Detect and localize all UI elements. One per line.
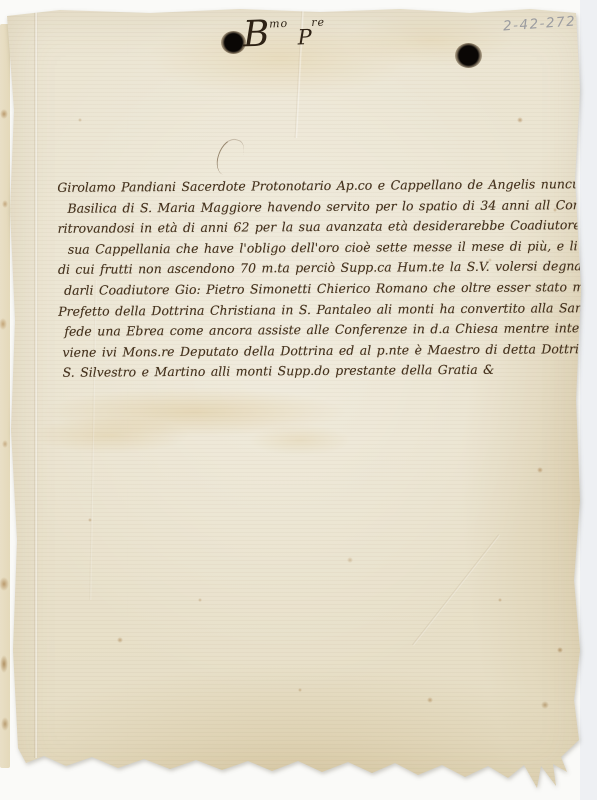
salutation-initial-b: B: [242, 14, 270, 56]
manuscript-sheet: 2-42-272 BmoPre Girolamo Pandiani Sacerd…: [0, 0, 597, 800]
foxing-specks-overlay: [0, 0, 597, 800]
manuscript-text-block: Girolamo Pandiani Sacerdote Protonotario…: [57, 174, 578, 384]
paper-texture-overlay: [0, 0, 597, 800]
pencil-archival-number: 2-42-272: [503, 13, 577, 34]
scanned-document: 2-42-272 BmoPre Girolamo Pandiani Sacerd…: [0, 0, 597, 800]
punch-hole-right: [455, 43, 482, 68]
pen-flourish-mark: [213, 135, 248, 179]
salutation-initial-p: P: [297, 25, 312, 49]
salutation-superscript-re: re: [311, 16, 325, 29]
diagonal-crease: [412, 534, 500, 646]
salutation-superscript-mo: mo: [269, 17, 289, 31]
manuscript-line: viene ivi Mons.re Deputato della Dottrin…: [62, 339, 578, 363]
salutation-abbreviation: BmoPre: [242, 15, 326, 54]
manuscript-line: S. Silvestro e Martino alli monti Supp.d…: [63, 360, 579, 384]
paper-surface: 2-42-272 BmoPre Girolamo Pandiani Sacerd…: [0, 0, 597, 800]
vertical-fold-crease: [34, 10, 38, 758]
